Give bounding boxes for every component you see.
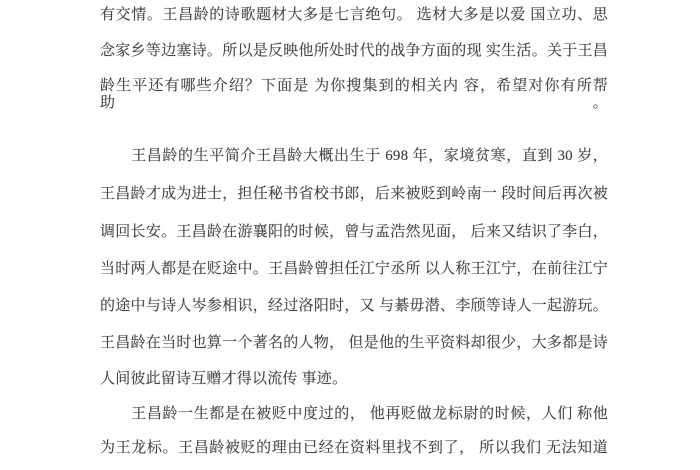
text-line: 王昌龄才成为进士，担任秘书省校书郎，后来被贬到岭南一 段时间后再次被: [100, 186, 608, 203]
document-page: 有交情。王昌龄的诗歌题材大多是七言绝句。 选材大多是以爱 国立功、思 念家乡等边…: [0, 0, 700, 470]
text-line: 为王龙标。王昌龄被贬的理由已经在资料里找不到了， 所以我们 无法知道: [100, 440, 608, 457]
text-line: 王昌龄一生都是在被贬中度过的， 他再贬做龙标尉的时候，人们 称他: [100, 406, 608, 423]
text-line: 当时两人都是在贬途中。王昌龄曾担任江宁丞所 以人称王江宁，在前往江宁: [100, 261, 608, 278]
text-line: 有交情。王昌龄的诗歌题材大多是七言绝句。 选材大多是以爱 国立功、思: [100, 7, 608, 24]
text-line: 调回长安。王昌龄在游襄阳的时候，曾与孟浩然见面， 后来又结识了李白，: [100, 224, 608, 241]
text-line: 王昌龄的生平简介王昌龄大概出生于 698 年，家境贫寒，直到 30 岁，: [100, 148, 608, 165]
text-line: 念家乡等边塞诗。所以是反映他所处时代的战争方面的现 实生活。关于王昌: [100, 43, 608, 60]
text-line: 人间彼此留诗互赠才得以流传 事迹。: [100, 371, 608, 388]
text-line: 的途中与诗人岑参相识，经过洛阳时，又 与綦毋潜、李颀等诗人一起游玩。: [100, 298, 608, 315]
text-line: 王昌龄在当时也算一个著名的人物， 但是他的生平资料却很少，大多都是诗: [100, 335, 608, 352]
text-line: 龄生平还有哪些介绍？下面是 为你搜集到的相关内 容，希望对你有所帮助。: [100, 78, 608, 112]
